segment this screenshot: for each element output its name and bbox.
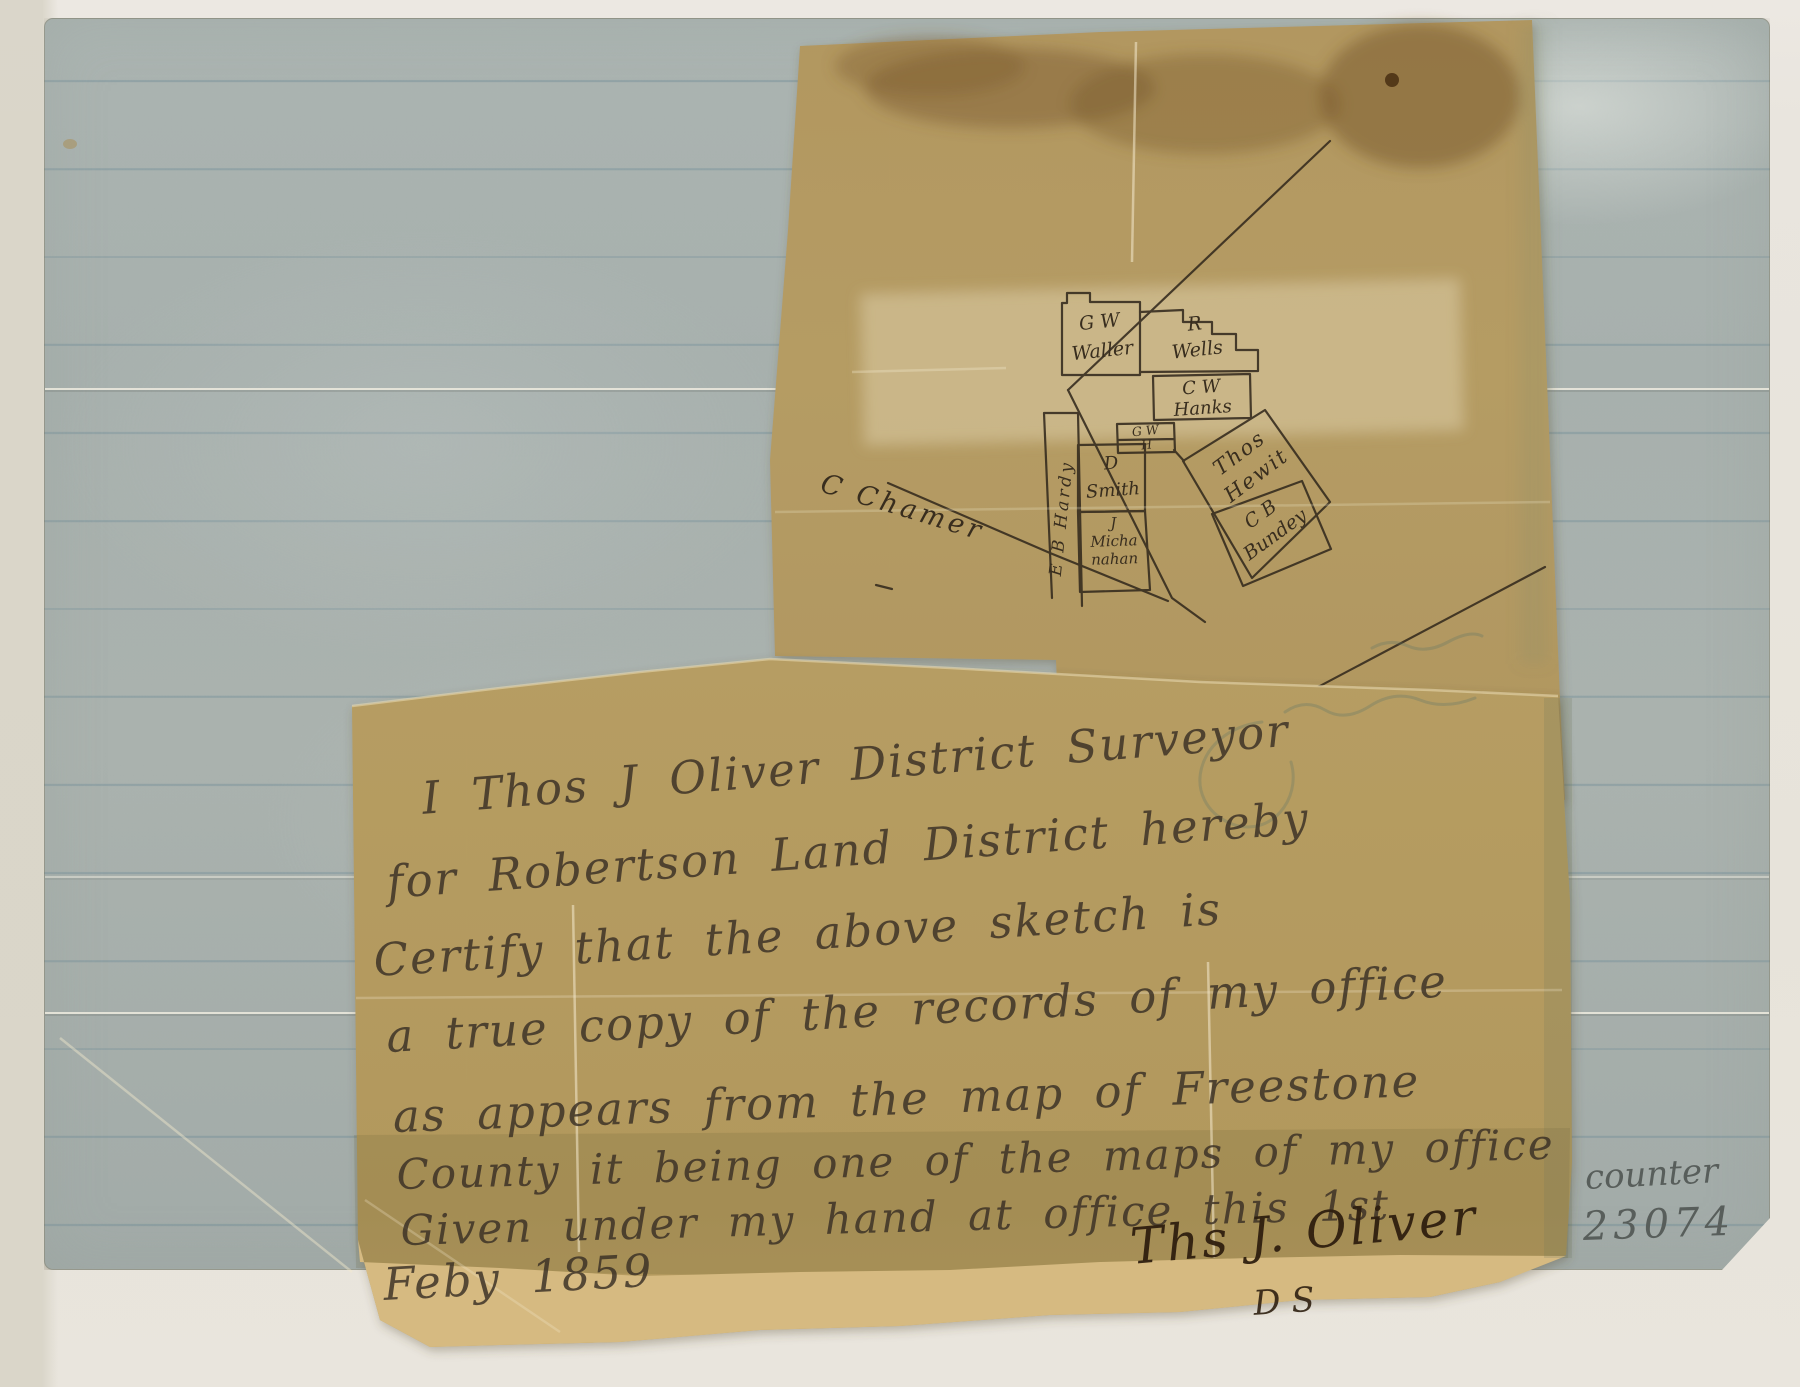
parcel-label-line: nahan xyxy=(1080,549,1149,569)
parcel-label-line: Micha xyxy=(1080,531,1149,551)
parcel-label-smith: D Smith xyxy=(1080,448,1144,506)
parcel-label-wells: R Wells xyxy=(1144,307,1249,368)
parcel-label-line: J xyxy=(1079,513,1148,533)
archive-counter-label: counter xyxy=(1584,1151,1719,1198)
parcel-label-line: D xyxy=(1080,448,1142,479)
parcel-label-hanks: C W Hanks xyxy=(1157,375,1248,422)
document-scan: G W Waller R Wells C W Hanks G W H E B H… xyxy=(0,0,1800,1387)
parcel-label-waller: G W Waller xyxy=(1061,304,1141,370)
surveyor-signature-suffix: D S xyxy=(1252,1280,1316,1324)
archive-counter-number: 23074 xyxy=(1582,1199,1736,1250)
ink-blot xyxy=(1385,73,1399,87)
parcel-label-line: Smith xyxy=(1082,475,1144,506)
parcel-label-michanahan: J Micha nahan xyxy=(1079,513,1149,569)
